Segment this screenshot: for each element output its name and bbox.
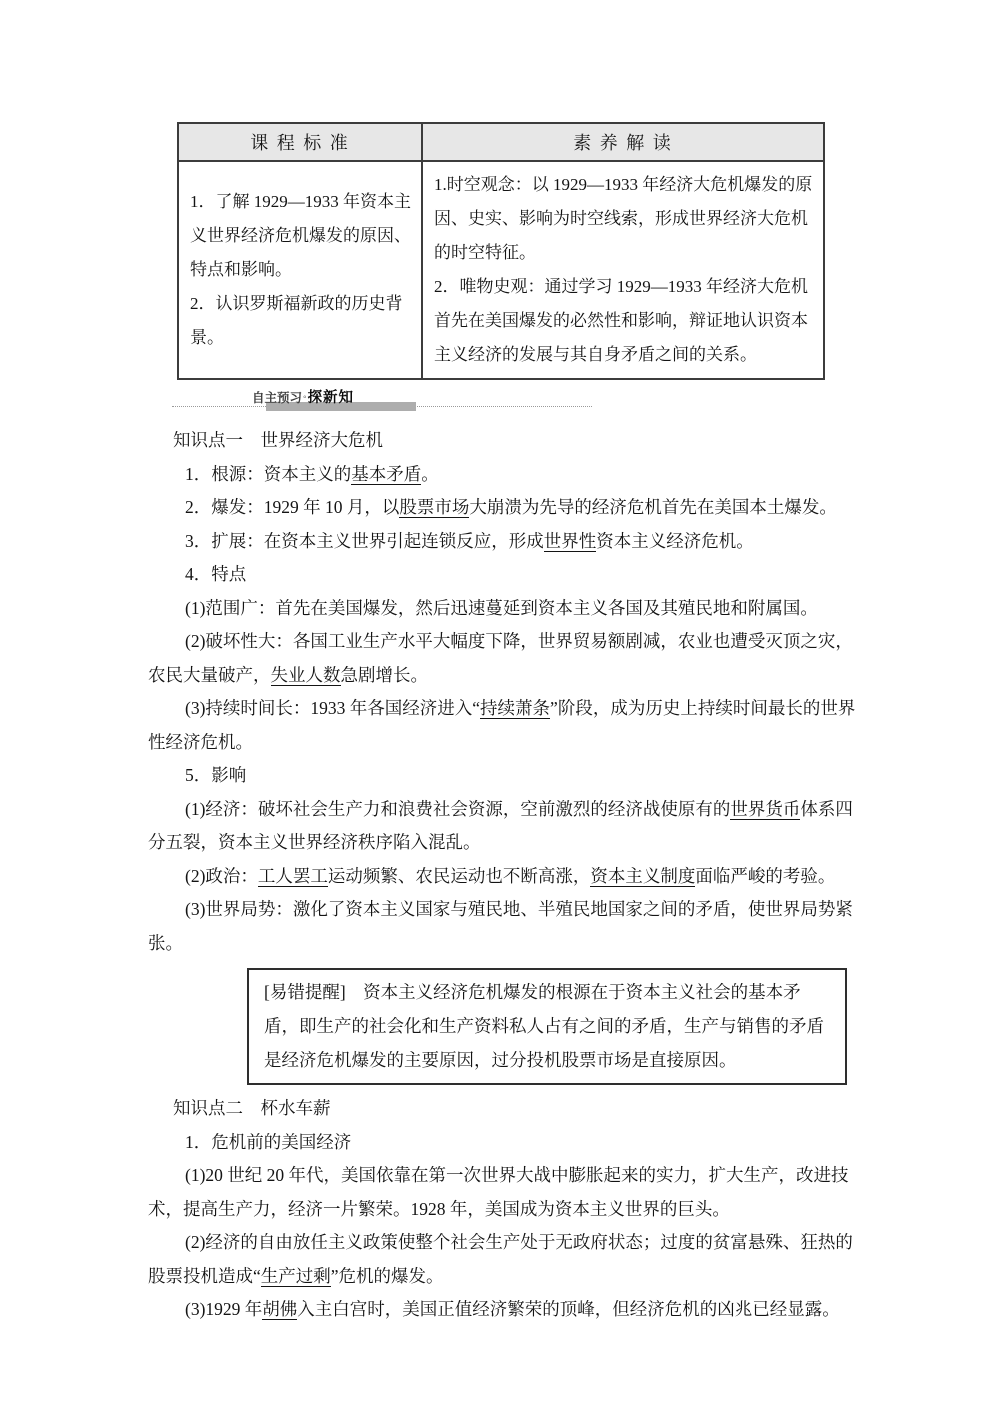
text-segment: 2．爆发：1929 年 10 月，以 [185,497,399,517]
table-header-row: 课 程 标 准 素 养 解 读 [178,123,824,161]
underlined-term: 生产过剩 [261,1266,331,1287]
text-segment: 运动频繁、农民运动也不断高涨， [328,866,591,886]
text-segment: ”危机的爆发。 [331,1266,444,1286]
table-cell-paragraph: 2．认识罗斯福新政的历史背景。 [190,287,411,355]
table-cell-paragraph: 1．了解 1929—1933 年资本主义世界经济危机爆发的原因、特点和影响。 [190,185,411,287]
text-segment: (1)20 世纪 20 年代，美国依靠在第一次世界大战中膨胀起来的实力，扩大生产… [148,1165,849,1219]
paragraph: 5．影响 [148,759,858,793]
text-segment: (3)持续时间长：1933 年各国经济进入“ [185,698,480,718]
table-header-literacy-interpretation: 素 养 解 读 [422,123,824,161]
self-study-banner: 自主预习◦探新知 [148,385,858,417]
text-segment: (2)政治： [185,866,258,886]
table-cell-paragraph: 2．唯物史观：通过学习 1929—1933 年经济大危机首先在美国爆发的必然性和… [434,270,813,372]
text-segment: 4．特点 [185,564,246,584]
underlined-term: 基本矛盾 [351,464,421,485]
lesson-content: 知识点一 世界经济大危机1．根源：资本主义的基本矛盾。2．爆发：1929 年 1… [148,424,858,1327]
paragraph: (3)1929 年胡佛入主白宫时，美国正值经济繁荣的顶峰，但经济危机的凶兆已经显… [148,1293,858,1327]
document-body: 课 程 标 准 素 养 解 读 1．了解 1929—1933 年资本主义世界经济… [148,0,858,1327]
underlined-term: 工人罢工 [258,866,328,887]
standards-table: 课 程 标 准 素 养 解 读 1．了解 1929—1933 年资本主义世界经济… [177,122,825,380]
underlined-term: 世界货币 [730,799,800,820]
underlined-term: 胡佛 [262,1299,297,1320]
paragraph: (1)经济：破坏社会生产力和浪费社会资源，空前激烈的经济战使原有的世界货币体系四… [148,793,858,860]
underlined-term: 世界性 [544,531,597,552]
paragraph: 2．爆发：1929 年 10 月，以股票市场大崩溃为先导的经济危机首先在美国本土… [148,491,858,525]
paragraph: (3)持续时间长：1933 年各国经济进入“持续萧条”阶段，成为历史上持续时间最… [148,692,858,759]
table-cell-paragraph: 1.时空观念：以 1929—1933 年经济大危机爆发的原因、史实、影响为时空线… [434,168,813,270]
paragraph: (3)世界局势：激化了资本主义国家与殖民地、半殖民地国家之间的矛盾，使世界局势紧… [148,893,858,960]
table-cell-literacy-interpretation: 1.时空观念：以 1929—1933 年经济大危机爆发的原因、史实、影响为时空线… [422,161,824,379]
section-heading: 知识点一 世界经济大危机 [148,424,858,458]
paragraph: (2)破坏性大：各国工业生产水平大幅度下降，世界贸易额剧减，农业也遭受灭顶之灾，… [148,625,858,692]
underlined-term: 资本主义制度 [590,866,695,887]
underlined-term: 股票市场 [399,497,469,518]
underlined-term: 失业人数 [271,665,341,686]
paragraph: (2)经济的自由放任主义政策使整个社会生产处于无政府状态；过度的贫富悬殊、狂热的… [148,1226,858,1293]
paragraph: 4．特点 [148,558,858,592]
text-segment: 急剧增长。 [341,665,429,685]
text-segment: 面临严峻的考验。 [695,866,835,886]
text-segment: 知识点一 世界经济大危机 [173,430,383,450]
text-segment: 知识点二 杯水车薪 [173,1098,331,1118]
text-segment: 3．扩展：在资本主义世界引起连锁反应，形成 [185,531,544,551]
text-segment: (3)世界局势：激化了资本主义国家与殖民地、半殖民地国家之间的矛盾，使世界局势紧… [148,899,853,953]
text-segment: (3)1929 年 [185,1299,262,1319]
paragraph: (1)范围广：首先在美国爆发，然后迅速蔓延到资本主义各国及其殖民地和附属国。 [148,592,858,626]
banner-title-light: 自主预习 [252,391,302,405]
text-segment: 。 [421,464,439,484]
banner-title-bold: 探新知 [308,390,355,406]
paragraph: (1)20 世纪 20 年代，美国依靠在第一次世界大战中膨胀起来的实力，扩大生产… [148,1159,858,1226]
text-segment: 入主白宫时，美国正值经济繁荣的顶峰，但经济危机的凶兆已经显露。 [297,1299,840,1319]
paragraph: 3．扩展：在资本主义世界引起连锁反应，形成世界性资本主义经济危机。 [148,525,858,559]
banner-title: 自主预习◦探新知 [252,386,354,407]
text-segment: 资本主义经济危机。 [596,531,754,551]
text-segment: 5．影响 [185,765,246,785]
text-segment: (1)范围广：首先在美国爆发，然后迅速蔓延到资本主义各国及其殖民地和附属国。 [185,598,818,618]
text-segment: [易错提醒] 资本主义经济危机爆发的根源在于资本主义社会的基本矛盾，即生产的社会… [264,982,824,1070]
table-body-row: 1．了解 1929—1933 年资本主义世界经济危机爆发的原因、特点和影响。2．… [178,161,824,379]
text-segment: (2)经济的自由放任主义政策使整个社会生产处于无政府状态；过度的贫富悬殊、狂热的… [148,1232,853,1286]
text-segment: 1．根源：资本主义的 [185,464,351,484]
section-heading: 知识点二 杯水车薪 [148,1092,858,1126]
text-segment: (1)经济：破坏社会生产力和浪费社会资源，空前激烈的经济战使原有的 [185,799,730,819]
paragraph: 1．根源：资本主义的基本矛盾。 [148,458,858,492]
text-segment: 1．危机前的美国经济 [185,1132,351,1152]
error-alert-box: [易错提醒] 资本主义经济危机爆发的根源在于资本主义社会的基本矛盾，即生产的社会… [247,968,847,1085]
paragraph: 1．危机前的美国经济 [148,1126,858,1160]
text-segment: (2)破坏性大：各国工业生产水平大幅度下降，世界贸易额剧减，农业也遭受灭顶之灾，… [148,631,853,685]
table-header-curriculum-standard: 课 程 标 准 [178,123,422,161]
table-cell-curriculum-standard: 1．了解 1929—1933 年资本主义世界经济危机爆发的原因、特点和影响。2．… [178,161,422,379]
document-page: 课 程 标 准 素 养 解 读 1．了解 1929—1933 年资本主义世界经济… [0,0,1000,1414]
text-segment: 大崩溃为先导的经济危机首先在美国本土爆发。 [469,497,837,517]
underlined-term: 持续萧条 [480,698,550,719]
paragraph: (2)政治：工人罢工运动频繁、农民运动也不断高涨，资本主义制度面临严峻的考验。 [148,860,858,894]
